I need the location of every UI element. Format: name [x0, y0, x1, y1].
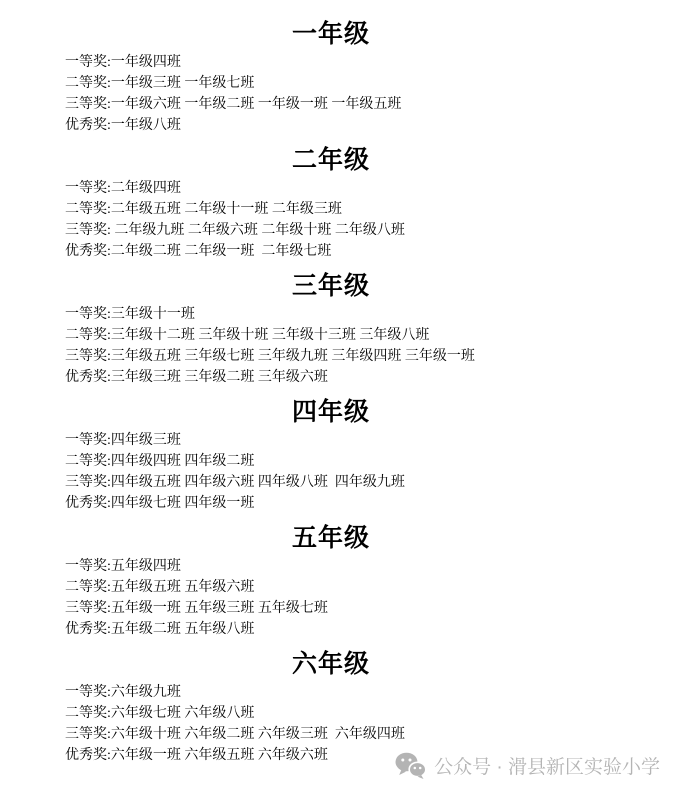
award-classes: 四年级七班 四年级一班	[111, 496, 255, 511]
award-row: 一等奖:四年级三班	[65, 430, 597, 451]
watermark-text: 公众号 · 滑县新区实验小学	[434, 752, 660, 779]
award-row: 优秀奖:四年级七班 四年级一班	[65, 493, 597, 514]
award-label: 三等奖	[65, 97, 107, 112]
award-label: 二等奖	[65, 454, 107, 469]
award-classes: 三年级十二班 三年级十班 三年级十三班 三年级八班	[111, 328, 430, 343]
award-classes: 五年级四班	[111, 559, 181, 574]
award-label: 一等奖	[65, 433, 107, 448]
award-row: 优秀奖:五年级二班 五年级八班	[65, 619, 597, 640]
award-row: 三等奖: 二年级九班 二年级六班 二年级十班 二年级八班	[65, 220, 597, 241]
grade-section-3: 三年级 一等奖:三年级十一班 二等奖:三年级十二班 三年级十班 三年级十三班 三…	[65, 272, 597, 388]
award-classes: 六年级十班 六年级二班 六年级三班 六年级四班	[111, 727, 405, 742]
grade-section-5: 五年级 一等奖:五年级四班 二等奖:五年级五班 五年级六班 三等奖:五年级一班 …	[65, 524, 597, 640]
award-classes: 六年级九班	[111, 685, 181, 700]
award-label: 一等奖	[65, 559, 107, 574]
grade-title: 六年级	[65, 650, 597, 680]
award-label: 二等奖	[65, 76, 107, 91]
award-classes: 二年级二班 二年级一班 二年级七班	[111, 244, 332, 259]
award-label: 优秀奖	[65, 496, 107, 511]
award-row: 二等奖:三年级十二班 三年级十班 三年级十三班 三年级八班	[65, 325, 597, 346]
award-classes: 四年级三班	[111, 433, 181, 448]
award-row: 一等奖:六年级九班	[65, 682, 597, 703]
award-classes: 三年级五班 三年级七班 三年级九班 三年级四班 三年级一班	[111, 349, 475, 364]
award-classes: 二年级五班 二年级十一班 二年级三班	[111, 202, 342, 217]
award-classes: 五年级一班 五年级三班 五年级七班	[111, 601, 328, 616]
award-classes: 三年级三班 三年级二班 三年级六班	[111, 370, 328, 385]
grade-section-6: 六年级 一等奖:六年级九班 二等奖:六年级七班 六年级八班 三等奖:六年级十班 …	[65, 650, 597, 766]
award-row: 三等奖:六年级十班 六年级二班 六年级三班 六年级四班	[65, 724, 597, 745]
award-row: 二等奖:六年级七班 六年级八班	[65, 703, 597, 724]
grade-section-2: 二年级 一等奖:二年级四班 二等奖:二年级五班 二年级十一班 二年级三班 三等奖…	[65, 146, 597, 262]
award-classes: 四年级四班 四年级二班	[111, 454, 255, 469]
award-classes: 一年级六班 一年级二班 一年级一班 一年级五班	[111, 97, 402, 112]
award-classes: 五年级五班 五年级六班	[111, 580, 255, 595]
award-label: 二等奖	[65, 202, 107, 217]
award-classes: 五年级二班 五年级八班	[111, 622, 255, 637]
award-row: 一等奖:三年级十一班	[65, 304, 597, 325]
award-row: 二等奖:二年级五班 二年级十一班 二年级三班	[65, 199, 597, 220]
award-label: 一等奖	[65, 307, 107, 322]
award-document: 一年级 一等奖:一年级四班 二等奖:一年级三班 一年级七班 三等奖:一年级六班 …	[0, 0, 680, 766]
award-row: 三等奖:三年级五班 三年级七班 三年级九班 三年级四班 三年级一班	[65, 346, 597, 367]
award-row: 优秀奖:一年级八班	[65, 115, 597, 136]
award-classes: 一年级八班	[111, 118, 181, 133]
grade-section-4: 四年级 一等奖:四年级三班 二等奖:四年级四班 四年级二班 三等奖:四年级五班 …	[65, 398, 597, 514]
award-label: 二等奖	[65, 706, 107, 721]
award-classes: 二年级四班	[111, 181, 181, 196]
award-label: 二等奖	[65, 328, 107, 343]
award-classes: 三年级十一班	[111, 307, 195, 322]
award-label: 三等奖	[65, 727, 107, 742]
award-row: 三等奖:一年级六班 一年级二班 一年级一班 一年级五班	[65, 94, 597, 115]
award-row: 二等奖:四年级四班 四年级二班	[65, 451, 597, 472]
award-label: 优秀奖	[65, 622, 107, 637]
award-row: 三等奖:五年级一班 五年级三班 五年级七班	[65, 598, 597, 619]
award-classes: 二年级九班 二年级六班 二年级十班 二年级八班	[114, 223, 405, 238]
award-label: 三等奖	[65, 349, 107, 364]
award-row: 一等奖:五年级四班	[65, 556, 597, 577]
award-label: 优秀奖	[65, 118, 107, 133]
award-row: 一等奖:一年级四班	[65, 52, 597, 73]
grade-title: 二年级	[65, 146, 597, 176]
wechat-icon	[395, 752, 426, 779]
award-label: 三等奖	[65, 475, 107, 490]
award-label: 优秀奖	[65, 370, 107, 385]
award-classes: 一年级三班 一年级七班	[111, 76, 255, 91]
award-label: 一等奖	[65, 55, 107, 70]
award-row: 优秀奖:二年级二班 二年级一班 二年级七班	[65, 241, 597, 262]
award-label: 一等奖	[65, 181, 107, 196]
grade-title: 五年级	[65, 524, 597, 554]
award-classes: 六年级七班 六年级八班	[111, 706, 255, 721]
award-label: 一等奖	[65, 685, 107, 700]
award-label: 三等奖	[65, 223, 107, 238]
award-row: 优秀奖:三年级三班 三年级二班 三年级六班	[65, 367, 597, 388]
grade-title: 三年级	[65, 272, 597, 302]
watermark: 公众号 · 滑县新区实验小学	[395, 752, 660, 779]
award-row: 三等奖:四年级五班 四年级六班 四年级八班 四年级九班	[65, 472, 597, 493]
award-classes: 四年级五班 四年级六班 四年级八班 四年级九班	[111, 475, 405, 490]
award-row: 二等奖:一年级三班 一年级七班	[65, 73, 597, 94]
award-label: 优秀奖	[65, 748, 107, 763]
award-label: 优秀奖	[65, 244, 107, 259]
award-classes: 六年级一班 六年级五班 六年级六班	[111, 748, 328, 763]
award-row: 一等奖:二年级四班	[65, 178, 597, 199]
grade-title: 四年级	[65, 398, 597, 428]
award-classes: 一年级四班	[111, 55, 181, 70]
grade-title: 一年级	[65, 20, 597, 50]
award-row: 二等奖:五年级五班 五年级六班	[65, 577, 597, 598]
grade-section-1: 一年级 一等奖:一年级四班 二等奖:一年级三班 一年级七班 三等奖:一年级六班 …	[65, 20, 597, 136]
award-label: 二等奖	[65, 580, 107, 595]
award-label: 三等奖	[65, 601, 107, 616]
